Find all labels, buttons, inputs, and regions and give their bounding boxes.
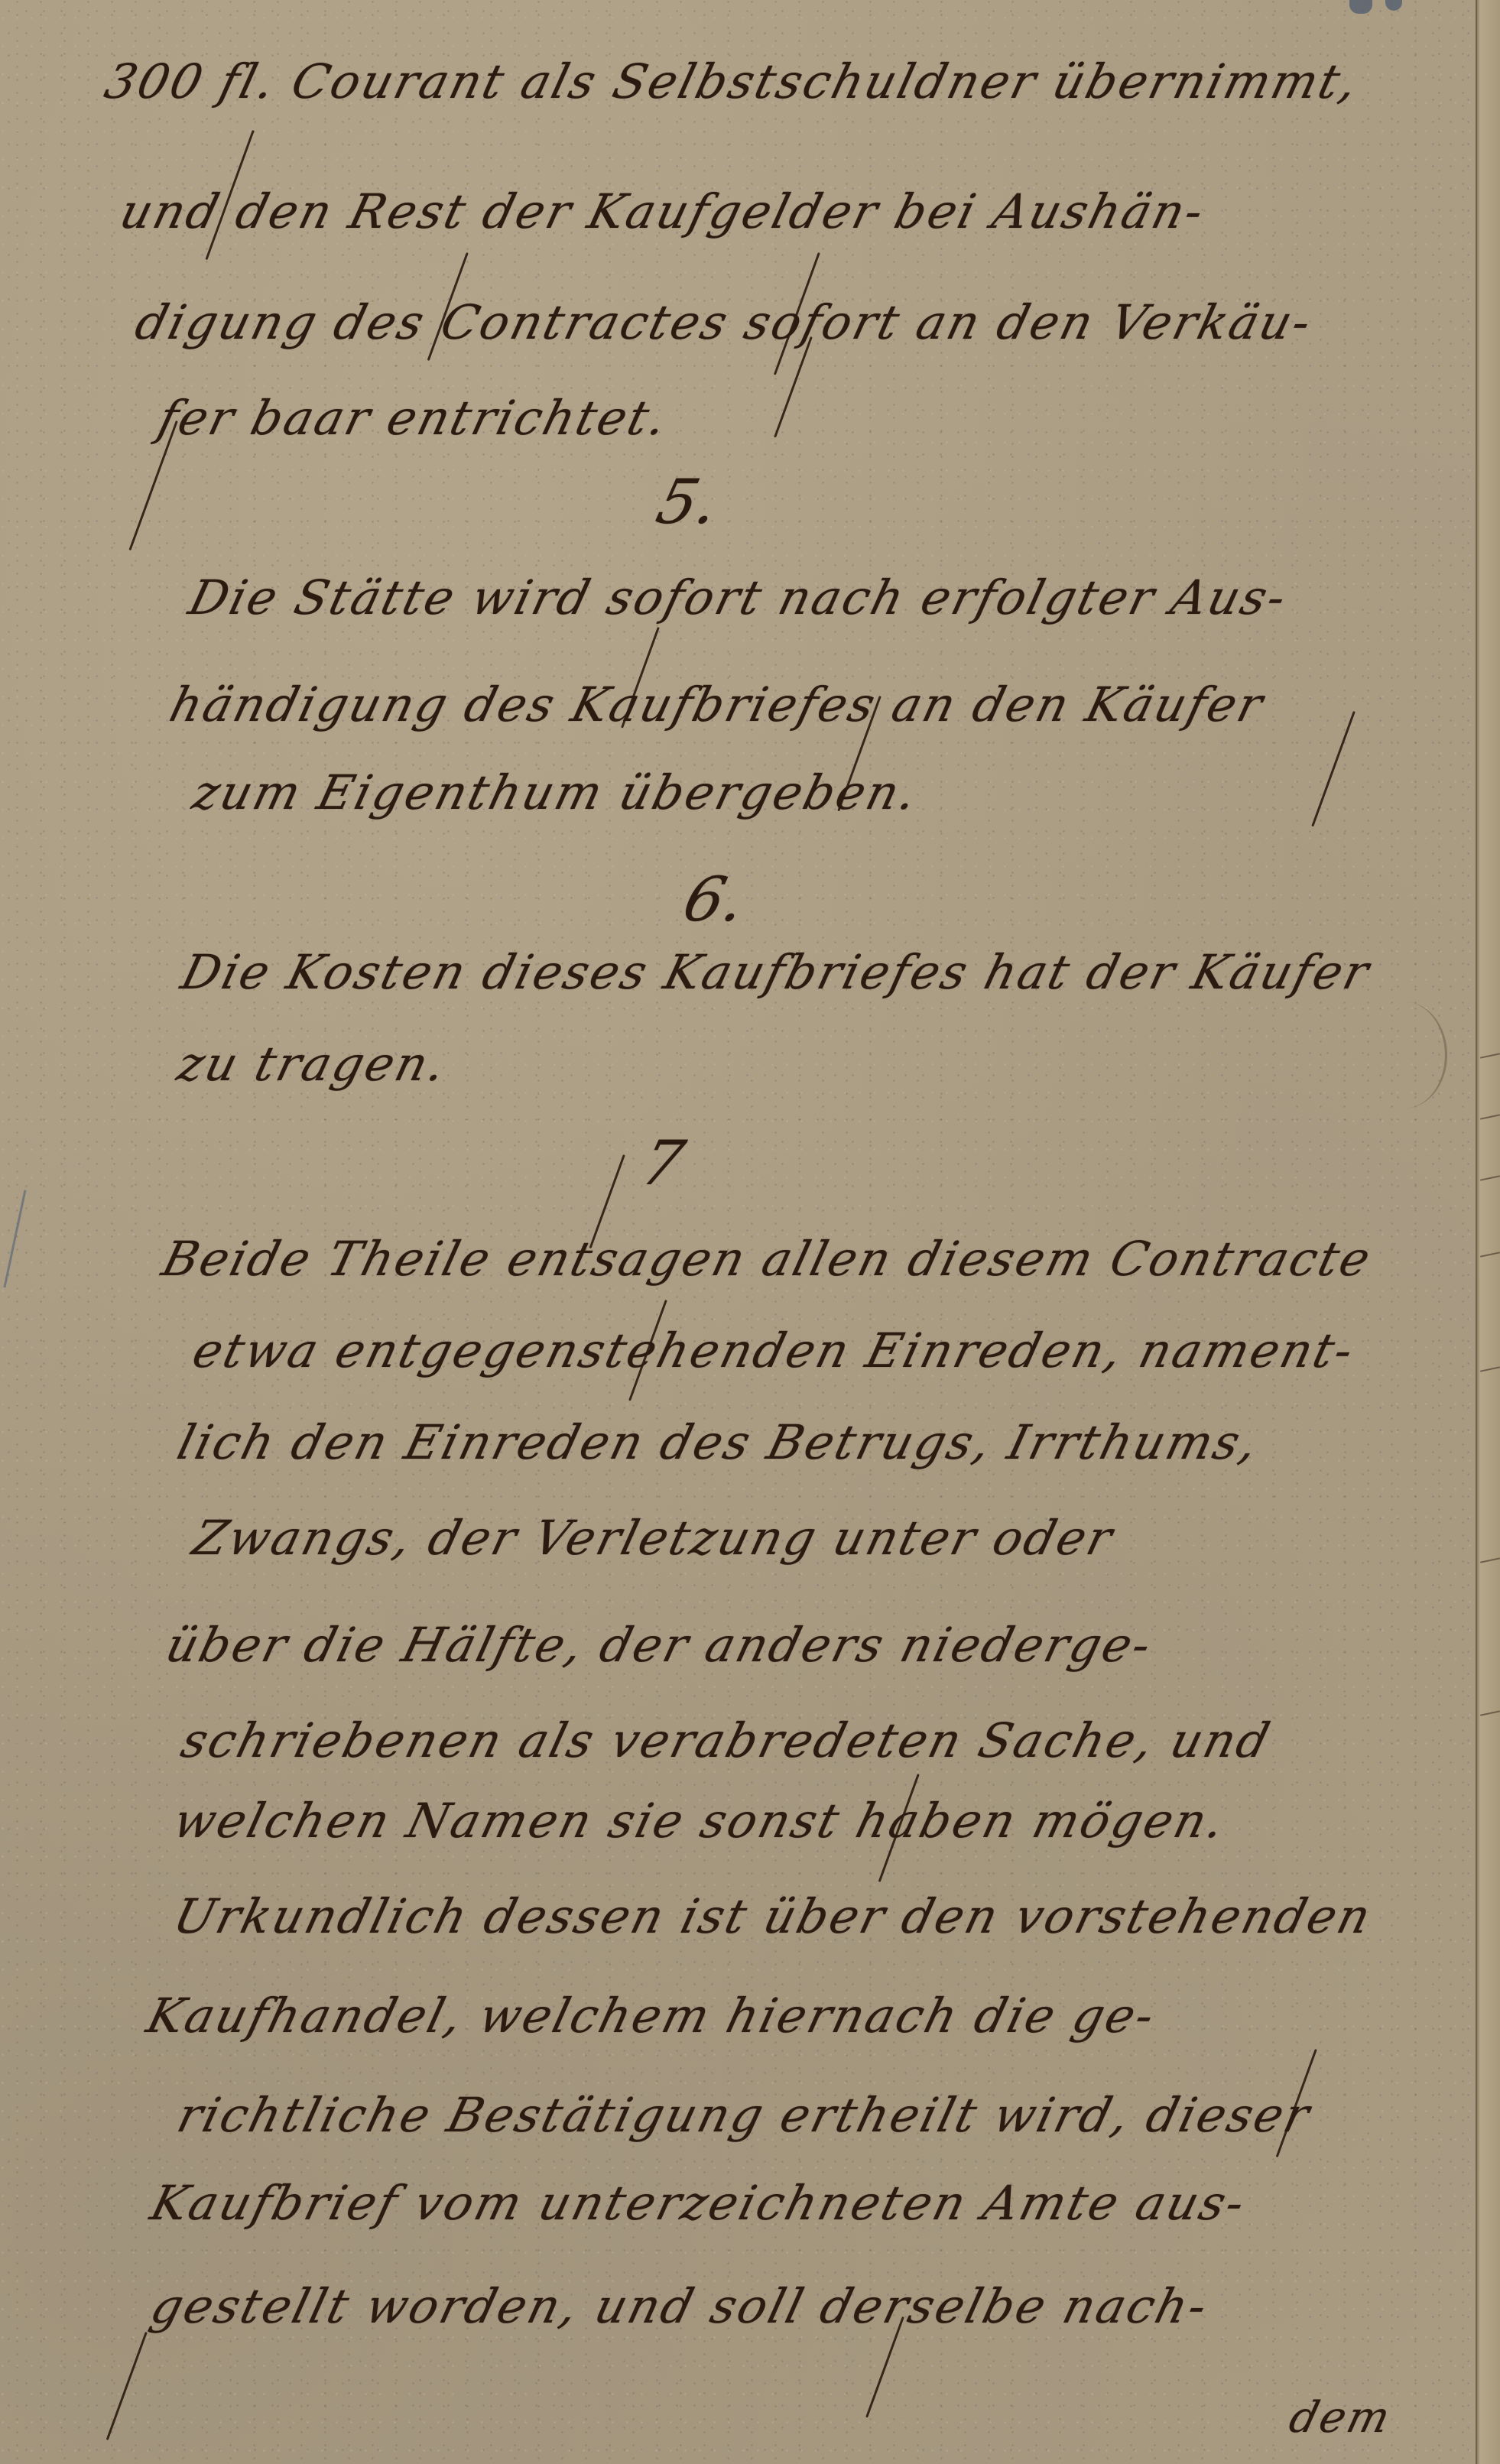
text-line: zu tragen. xyxy=(172,1036,453,1092)
ink-blot xyxy=(1349,0,1372,14)
text-line: schriebenen als verabredeten Sache, und xyxy=(176,1712,1278,1768)
text-line: 300 fl. Courant als Selbstschuldner über… xyxy=(99,54,1365,109)
paper-stain xyxy=(1361,1002,1447,1109)
text-line: zum Eigenthum übergeben. xyxy=(187,765,924,820)
text-line: Die Kosten dieses Kaufbriefes hat der Kä… xyxy=(176,944,1376,1000)
text-line: fer baar entrichtet. xyxy=(153,390,674,446)
text-line: gestellt worden, und soll derselbe nach- xyxy=(145,2278,1215,2334)
text-line: Die Stätte wird sofort nach erfolgter Au… xyxy=(183,570,1294,625)
text-line: über die Hälfte, der anders niederge- xyxy=(161,1617,1159,1673)
adjacent-page-edge xyxy=(1476,0,1500,2464)
text-line: Kaufhandel, welchem hiernach die ge- xyxy=(141,1988,1162,2044)
text-line: richtliche Bestätigung ertheilt wird, di… xyxy=(172,2087,1317,2143)
text-line: Zwangs, der Verletzung unter oder xyxy=(187,1510,1120,1566)
text-line: und den Rest der Kaufgelder bei Aushän- xyxy=(115,183,1211,239)
text-line: lich den Einreden des Betrugs, Irrthums, xyxy=(172,1414,1265,1470)
text-line: Kaufbrief vom unterzeichneten Amte aus- xyxy=(145,2175,1252,2231)
text-line: welchen Namen sie sonst haben mögen. xyxy=(168,1793,1232,1849)
text-line: Beide Theile entsagen allen diesem Contr… xyxy=(157,1231,1378,1287)
text-line: etwa entgegenstehenden Einreden, nament- xyxy=(187,1323,1361,1378)
text-line: händigung des Kaufbriefes an den Käufer xyxy=(164,677,1271,732)
text-line: Urkundlich dessen ist über den vorstehen… xyxy=(168,1888,1378,1944)
text-line: digung des Contractes sofort an den Verk… xyxy=(130,294,1319,350)
catchword: dem xyxy=(1284,2393,1397,2443)
